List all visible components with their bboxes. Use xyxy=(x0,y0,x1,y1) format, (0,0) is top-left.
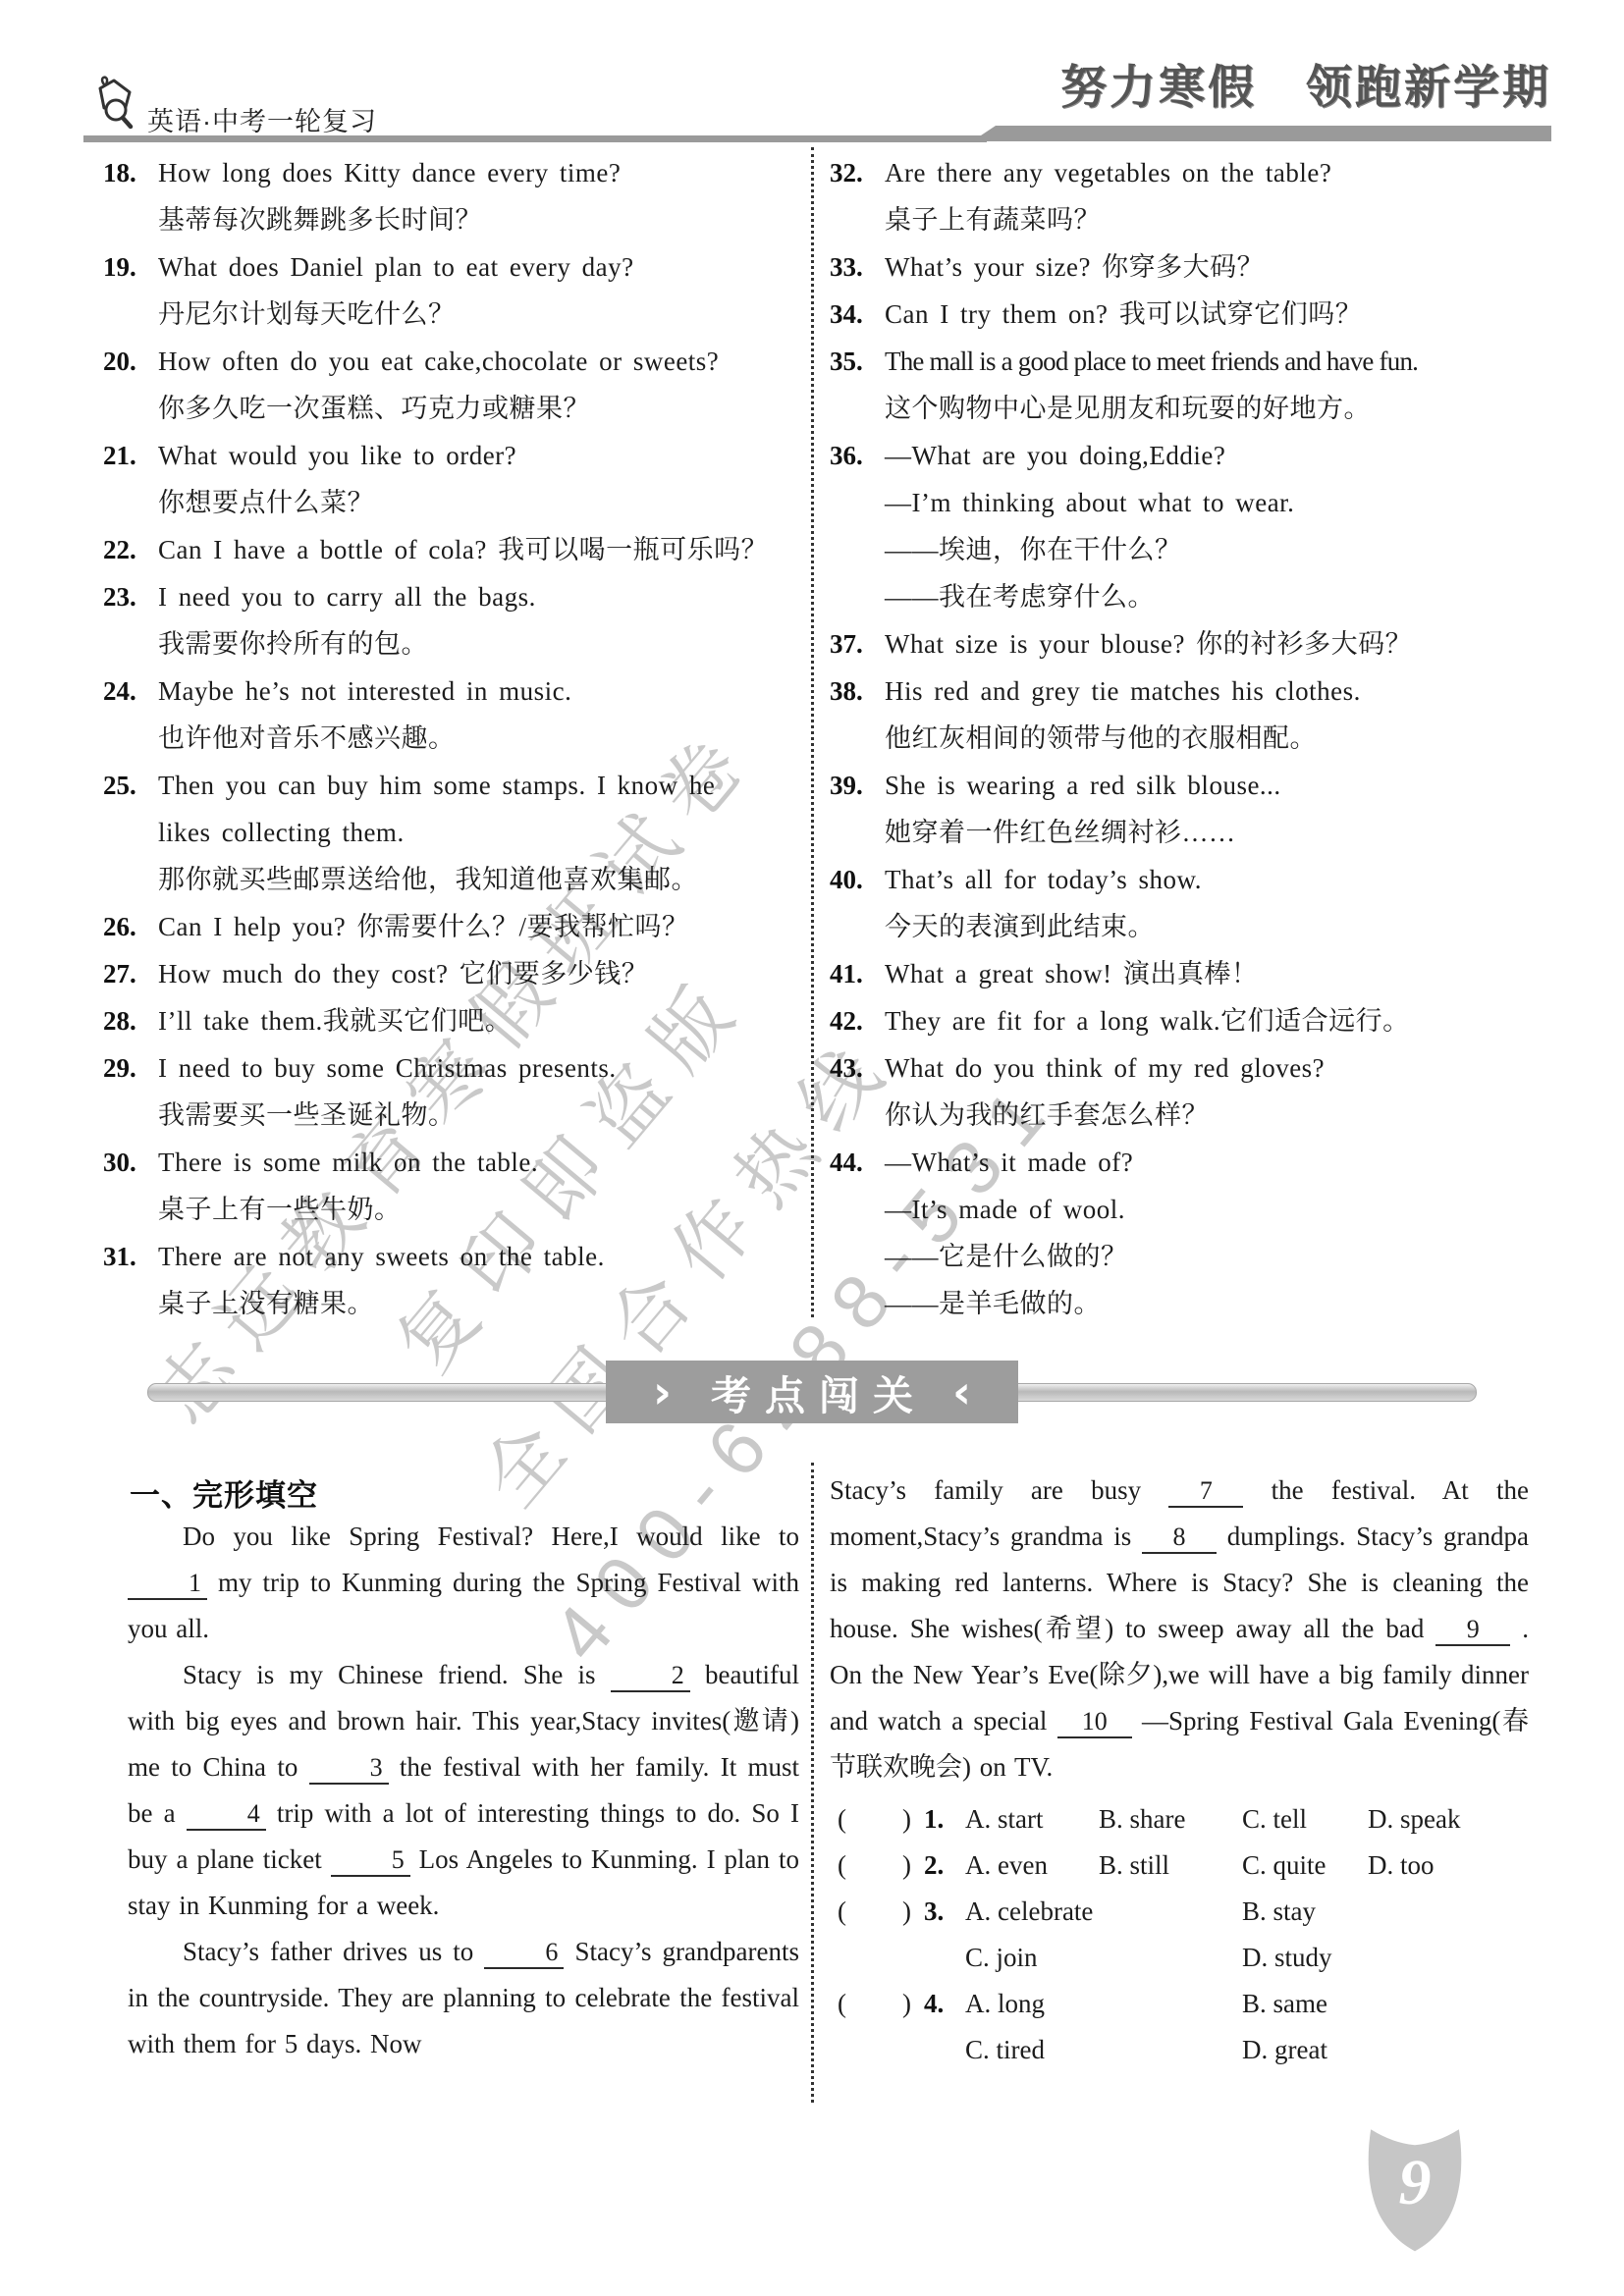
answer-paren-close: ) xyxy=(902,1842,914,1889)
question-row: ()3.A. celebrateB. stay xyxy=(830,1889,1529,1935)
sentence-line: 这个购物中心是见朋友和玩耍的好地方。 xyxy=(885,385,1529,432)
chevron-left-icon: ‹ xyxy=(952,1363,971,1420)
option-cell: A. celebrate xyxy=(965,1889,1242,1935)
sentence-line: 37.What size is your blouse? 你的衬衫多大码？ xyxy=(830,620,1529,667)
page-number-shield: 9 xyxy=(1358,2120,1472,2256)
sentence-item: 37.What size is your blouse? 你的衬衫多大码？ xyxy=(830,620,1529,667)
sentence-item: 23.I need you to carry all the bags.我需要你… xyxy=(103,573,802,667)
sentence-item: 30.There is some milk on the table.桌子上有一… xyxy=(103,1139,802,1233)
question-row-continuation: C. tiredD. great xyxy=(830,2027,1529,2073)
sentence-number: 24. xyxy=(103,667,158,715)
sentence-line: 33.What’s your size? 你穿多大码？ xyxy=(830,243,1529,291)
sentence-line: 28.I’ll take them.我就买它们吧。 xyxy=(103,997,802,1044)
sentence-number: 43. xyxy=(830,1044,885,1092)
sentence-number: 32. xyxy=(830,149,885,196)
sentence-item: 26.Can I help you? 你需要什么？/要我帮忙吗？ xyxy=(103,903,802,950)
answer-paren-open: ( xyxy=(838,1796,902,1842)
sentence-column-right: 32.Are there any vegetables on the table… xyxy=(830,149,1529,1327)
sentence-line: 36.—What are you doing,Eddie? xyxy=(830,432,1529,479)
sentence-number: 41. xyxy=(830,950,885,997)
sentence-item: 29.I need to buy some Christmas presents… xyxy=(103,1044,802,1139)
sentence-item: 31.There are not any sweets on the table… xyxy=(103,1233,802,1327)
sentence-number: 23. xyxy=(103,573,158,620)
sentence-line: 32.Are there any vegetables on the table… xyxy=(830,149,1529,196)
sentence-number: 37. xyxy=(830,620,885,667)
sentence-line: 基蒂每次跳舞跳多长时间？ xyxy=(158,196,802,243)
cloze-blank: 2 xyxy=(611,1661,690,1692)
sentence-line: 桌子上有蔬菜吗？ xyxy=(885,196,1529,243)
option-cell: A. even xyxy=(965,1842,1099,1889)
sentence-line: 你多久吃一次蛋糕、巧克力或糖果？ xyxy=(158,385,802,432)
logo-text: 英语·中考一轮复习 xyxy=(147,100,377,138)
sentence-line: 24.Maybe he’s not interested in music. xyxy=(103,667,802,715)
sentence-line: 我需要买一些圣诞礼物。 xyxy=(158,1092,802,1139)
option-cell: C. quite xyxy=(1242,1842,1368,1889)
sentence-number: 36. xyxy=(830,432,885,479)
sentence-number: 19. xyxy=(103,243,158,291)
option-group: A. startB. shareC. tellD. speak xyxy=(965,1796,1529,1842)
sentence-line: 23.I need you to carry all the bags. xyxy=(103,573,802,620)
sentence-line: 桌子上有一些牛奶。 xyxy=(158,1186,802,1233)
sentence-item: 35.The mall is a good place to meet frie… xyxy=(830,338,1529,432)
cloze-paragraph: Do you like Spring Festival? Here,I woul… xyxy=(128,1514,799,1652)
sentence-line: 你认为我的红手套怎么样？ xyxy=(885,1092,1529,1139)
answer-paren-open: ( xyxy=(838,1981,902,2027)
sentence-number: 20. xyxy=(103,338,158,385)
sentence-line: 今天的表演到此结束。 xyxy=(885,903,1529,950)
sentence-item: 41.What a great show! 演出真棒！ xyxy=(830,950,1529,997)
header-rule-left xyxy=(83,135,987,142)
sentence-item: 44.—What’s it made of?—It’s made of wool… xyxy=(830,1139,1529,1327)
sentence-line: 丹尼尔计划每天吃什么？ xyxy=(158,291,802,338)
sentence-item: 19.What does Daniel plan to eat every da… xyxy=(103,243,802,338)
sentence-number: 27. xyxy=(103,950,158,997)
question-indent-spacer xyxy=(838,1935,965,1981)
cloze-blank: 3 xyxy=(309,1753,389,1785)
sentence-line: 44.—What’s it made of? xyxy=(830,1139,1529,1186)
sentence-line: 他红灰相间的领带与他的衣服相配。 xyxy=(885,715,1529,762)
option-cell: B. stay xyxy=(1242,1889,1529,1935)
option-group: A. longB. same xyxy=(965,1981,1529,2027)
sentence-line: 43.What do you think of my red gloves? xyxy=(830,1044,1529,1092)
page-number: 9 xyxy=(1358,2146,1472,2220)
cloze-paragraph: Stacy is my Chinese friend. She is 2 bea… xyxy=(128,1652,799,1929)
option-cell: D. great xyxy=(1242,2027,1529,2073)
sentence-number: 21. xyxy=(103,432,158,479)
sentence-line: 那你就买些邮票送给他，我知道他喜欢集邮。 xyxy=(158,856,802,903)
sentence-line: 42.They are fit for a long walk.它们适合远行。 xyxy=(830,997,1529,1044)
cloze-paragraph: Stacy’s father drives us to 6 Stacy’s gr… xyxy=(128,1929,799,2067)
sentence-line: 22.Can I have a bottle of cola? 我可以喝一瓶可乐… xyxy=(103,526,802,573)
cloze-column-left: Do you like Spring Festival? Here,I woul… xyxy=(128,1514,799,2067)
sentence-line: ——是羊毛做的。 xyxy=(885,1280,1529,1327)
option-group: C. tiredD. great xyxy=(965,2027,1529,2073)
option-cell: D. too xyxy=(1368,1842,1529,1889)
column-divider-top xyxy=(811,147,814,1317)
sentence-number: 18. xyxy=(103,149,158,196)
sentence-line: 31.There are not any sweets on the table… xyxy=(103,1233,802,1280)
answer-paren-close: ) xyxy=(902,1796,914,1842)
sentence-number: 25. xyxy=(103,762,158,809)
sentence-number: 35. xyxy=(830,338,885,385)
sentence-item: 25.Then you can buy him some stamps. I k… xyxy=(103,762,802,903)
sentence-number: 33. xyxy=(830,243,885,291)
option-cell: C. tired xyxy=(965,2027,1242,2073)
sentence-item: 22.Can I have a bottle of cola? 我可以喝一瓶可乐… xyxy=(103,526,802,573)
sentence-line: 我需要你拎所有的包。 xyxy=(158,620,802,667)
answer-paren-close: ) xyxy=(902,1981,914,2027)
option-cell: A. start xyxy=(965,1796,1099,1842)
sentence-line: ——我在考虑穿什么。 xyxy=(885,573,1529,620)
sentence-item: 20.How often do you eat cake,chocolate o… xyxy=(103,338,802,432)
worksheet-page: 志远教育寒假班试卷复印即盗版全国合作热线400-6288-531 英语·中考一轮… xyxy=(0,0,1624,2296)
option-cell: B. still xyxy=(1099,1842,1242,1889)
sentence-item: 40.That’s all for today’s show.今天的表演到此结束… xyxy=(830,856,1529,950)
sentence-line: 26.Can I help you? 你需要什么？/要我帮忙吗？ xyxy=(103,903,802,950)
cloze-paragraph: Stacy’s family are busy 7 the festival. … xyxy=(830,1468,1529,1790)
sentence-column-left: 18.How long does Kitty dance every time?… xyxy=(103,149,802,1327)
question-row: ()4.A. longB. same xyxy=(830,1981,1529,2027)
sentence-item: 43.What do you think of my red gloves?你认… xyxy=(830,1044,1529,1139)
cloze-column-right: Stacy’s family are busy 7 the festival. … xyxy=(830,1468,1529,2073)
sentence-line: 18.How long does Kitty dance every time? xyxy=(103,149,802,196)
option-cell: D. study xyxy=(1242,1935,1529,1981)
sentence-line: —I’m thinking about what to wear. xyxy=(885,479,1529,526)
option-cell: B. same xyxy=(1242,1981,1529,2027)
sentence-line: 20.How often do you eat cake,chocolate o… xyxy=(103,338,802,385)
question-number: 4. xyxy=(924,1981,965,2027)
sentence-number: 26. xyxy=(103,903,158,950)
option-cell: C. tell xyxy=(1242,1796,1368,1842)
column-divider-bottom xyxy=(811,1463,814,2103)
answer-paren-open: ( xyxy=(838,1842,902,1889)
sentence-item: 34.Can I try them on? 我可以试穿它们吗？ xyxy=(830,291,1529,338)
cloze-blank: 5 xyxy=(331,1845,410,1877)
answer-paren-close: ) xyxy=(902,1889,914,1935)
sentence-number: 22. xyxy=(103,526,158,573)
sentence-line: 41.What a great show! 演出真棒！ xyxy=(830,950,1529,997)
sentence-number: 34. xyxy=(830,291,885,338)
sentence-number: 44. xyxy=(830,1139,885,1186)
sentence-number: 42. xyxy=(830,997,885,1044)
cloze-blank: 6 xyxy=(484,1938,564,1969)
question-indent-spacer xyxy=(838,2027,965,2073)
sentence-number: 31. xyxy=(103,1233,158,1280)
sentence-line: —It’s made of wool. xyxy=(885,1186,1529,1233)
cloze-right-paragraphs: Stacy’s family are busy 7 the festival. … xyxy=(830,1468,1529,1790)
sentence-item: 27.How much do they cost? 它们要多少钱？ xyxy=(103,950,802,997)
question-number: 3. xyxy=(924,1889,965,1935)
question-row: ()1.A. startB. shareC. tellD. speak xyxy=(830,1796,1529,1842)
sentence-line: 30.There is some milk on the table. xyxy=(103,1139,802,1186)
sentence-item: 32.Are there any vegetables on the table… xyxy=(830,149,1529,243)
cloze-blank: 10 xyxy=(1057,1707,1132,1738)
sentence-line: likes collecting them. xyxy=(158,809,802,856)
sentence-line: 27.How much do they cost? 它们要多少钱？ xyxy=(103,950,802,997)
option-cell: A. long xyxy=(965,1981,1242,2027)
sentence-item: 18.How long does Kitty dance every time?… xyxy=(103,149,802,243)
sentence-line: 34.Can I try them on? 我可以试穿它们吗？ xyxy=(830,291,1529,338)
sentence-item: 39.She is wearing a red silk blouse...她穿… xyxy=(830,762,1529,856)
question-number: 1. xyxy=(924,1796,965,1842)
question-number: 2. xyxy=(924,1842,965,1889)
sentence-line: 桌子上没有糖果。 xyxy=(158,1280,802,1327)
chevron-right-icon: › xyxy=(653,1363,672,1420)
option-cell: D. speak xyxy=(1368,1796,1529,1842)
question-row: ()2.A. evenB. stillC. quiteD. too xyxy=(830,1842,1529,1889)
sentence-number: 39. xyxy=(830,762,885,809)
cloze-blank: 7 xyxy=(1168,1476,1243,1508)
cloze-question-list: ()1.A. startB. shareC. tellD. speak()2.A… xyxy=(830,1796,1529,2073)
sentence-line: 35.The mall is a good place to meet frie… xyxy=(830,338,1529,385)
banner-title-box: › 考点闯关 ‹ xyxy=(606,1361,1018,1423)
cloze-section-heading: 一、完形填空 xyxy=(130,1470,318,1515)
option-group: A. celebrateB. stay xyxy=(965,1889,1529,1935)
sentence-line: 29.I need to buy some Christmas presents… xyxy=(103,1044,802,1092)
cloze-blank: 9 xyxy=(1435,1615,1510,1646)
sentence-line: 也许他对音乐不感兴趣。 xyxy=(158,715,802,762)
sentence-line: 38.His red and grey tie matches his clot… xyxy=(830,667,1529,715)
sentence-item: 33.What’s your size? 你穿多大码？ xyxy=(830,243,1529,291)
sentence-line: 25.Then you can buy him some stamps. I k… xyxy=(103,762,802,809)
sentence-item: 24.Maybe he’s not interested in music.也许… xyxy=(103,667,802,762)
sentence-line: 她穿着一件红色丝绸衬衫…… xyxy=(885,809,1529,856)
sentence-number: 30. xyxy=(103,1139,158,1186)
sentence-line: 19.What does Daniel plan to eat every da… xyxy=(103,243,802,291)
banner-title: 考点闯关 xyxy=(697,1363,927,1421)
sentence-number: 29. xyxy=(103,1044,158,1092)
sentence-number: 40. xyxy=(830,856,885,903)
sentence-line: ——埃迪，你在干什么？ xyxy=(885,526,1529,573)
cloze-blank: 8 xyxy=(1142,1522,1217,1554)
sentence-item: 38.His red and grey tie matches his clot… xyxy=(830,667,1529,762)
option-cell: C. join xyxy=(965,1935,1242,1981)
section-banner: › 考点闯关 ‹ xyxy=(147,1361,1477,1423)
answer-paren-open: ( xyxy=(838,1889,902,1935)
sentence-line: 你想要点什么菜？ xyxy=(158,479,802,526)
logo-icon xyxy=(90,75,137,133)
sentence-line: 40.That’s all for today’s show. xyxy=(830,856,1529,903)
option-cell: B. share xyxy=(1099,1796,1242,1842)
sentence-line: 39.She is wearing a red silk blouse... xyxy=(830,762,1529,809)
sentence-number: 38. xyxy=(830,667,885,715)
sentence-line: ——它是什么做的？ xyxy=(885,1233,1529,1280)
cloze-blank: 1 xyxy=(128,1569,207,1600)
option-group: A. evenB. stillC. quiteD. too xyxy=(965,1842,1529,1889)
header-slogan: 努力寒假 领跑新学期 xyxy=(1060,51,1551,117)
sentence-item: 28.I’ll take them.我就买它们吧。 xyxy=(103,997,802,1044)
sentence-number: 28. xyxy=(103,997,158,1044)
sentence-item: 42.They are fit for a long walk.它们适合远行。 xyxy=(830,997,1529,1044)
sentence-item: 36.—What are you doing,Eddie?—I’m thinki… xyxy=(830,432,1529,620)
header-rule-right xyxy=(972,126,1551,141)
sentence-item: 21.What would you like to order?你想要点什么菜？ xyxy=(103,432,802,526)
sentence-line: 21.What would you like to order? xyxy=(103,432,802,479)
cloze-blank: 4 xyxy=(187,1799,266,1831)
option-group: C. joinD. study xyxy=(965,1935,1529,1981)
question-row-continuation: C. joinD. study xyxy=(830,1935,1529,1981)
